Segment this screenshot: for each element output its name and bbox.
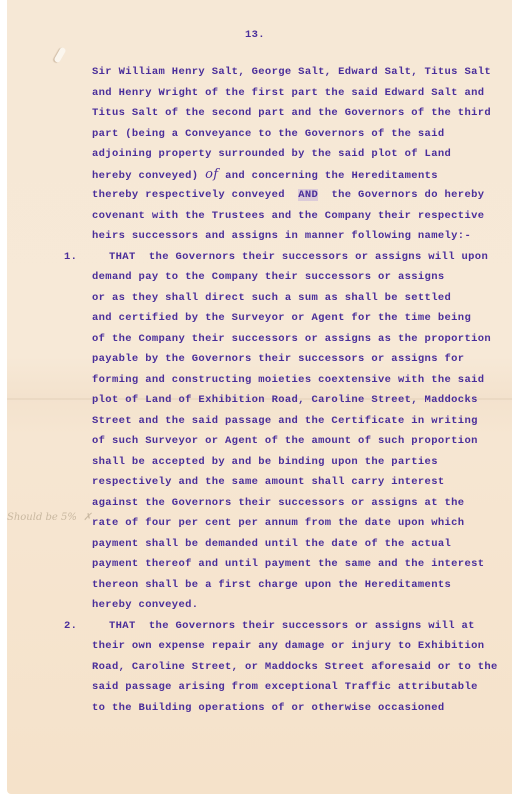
- text-line: Road, Caroline Street, or Maddocks Stree…: [92, 661, 498, 673]
- text-line: payment shall be demanded until the date…: [92, 538, 451, 550]
- clause-first-line: THAT the Governors their successors or a…: [109, 251, 488, 263]
- text-line: payable by the Governors their successor…: [92, 353, 464, 365]
- clause-number: 1.: [64, 251, 77, 263]
- text-line: respectively and the same amount shall c…: [92, 476, 445, 488]
- text-line: thereon shall be a first charge upon the…: [92, 579, 451, 591]
- text-line: shall be accepted by and be binding upon…: [92, 456, 438, 468]
- text-line: forming and constructing moieties coexte…: [92, 374, 484, 386]
- text-line: said passage arising from exceptional Tr…: [92, 681, 478, 693]
- text-segment: the Governors do hereby: [318, 189, 484, 201]
- pencil-margin-annotation: Should be 5% ✗: [7, 512, 92, 523]
- document-page: 13. Sir William Henry Salt, George Salt,…: [7, 0, 512, 794]
- text-line: and Henry Wright of the first part the s…: [92, 87, 484, 99]
- clause-first-line: THAT the Governors their successors or a…: [109, 620, 475, 632]
- handwritten-insertion: of: [205, 167, 218, 182]
- text-line: covenant with the Trustees and the Compa…: [92, 210, 484, 222]
- text-line: payment thereof and until payment the sa…: [92, 558, 484, 570]
- clause-number: 2.: [64, 620, 77, 632]
- punch-hole: [53, 47, 66, 64]
- text-line: Street and the said passage and the Cert…: [92, 415, 478, 427]
- page-number: 13.: [245, 29, 265, 41]
- text-segment: hereby conveyed): [92, 170, 205, 182]
- text-line: to the Building operations of or otherwi…: [92, 702, 445, 714]
- text-line: and certified by the Surveyor or Agent f…: [92, 312, 471, 324]
- text-line: or as they shall direct such a sum as sh…: [92, 292, 451, 304]
- text-segment: and concerning the Hereditaments: [218, 170, 437, 182]
- text-line: Sir William Henry Salt, George Salt, Edw…: [92, 66, 491, 78]
- text-line: hereby conveyed.: [92, 599, 198, 611]
- text-line: adjoining property surrounded by the sai…: [92, 148, 451, 160]
- text-line: thereby respectively conveyed AND the Go…: [92, 189, 484, 201]
- text-line: rate of four per cent per annum from the…: [92, 517, 464, 529]
- text-line: Titus Salt of the second part and the Go…: [92, 107, 491, 119]
- text-line: hereby conveyed) of and concerning the H…: [92, 169, 438, 182]
- text-line: of the Company their successors or assig…: [92, 333, 491, 345]
- text-line: heirs successors and assigns in manner f…: [92, 230, 471, 242]
- text-segment: thereby respectively conveyed: [92, 189, 298, 201]
- text-line: plot of Land of Exhibition Road, Carolin…: [92, 394, 478, 406]
- text-line: their own expense repair any damage or i…: [92, 640, 484, 652]
- text-line: demand pay to the Company their successo…: [92, 271, 445, 283]
- text-line: part (being a Conveyance to the Governor…: [92, 128, 445, 140]
- text-line: of such Surveyor or Agent of the amount …: [92, 435, 478, 447]
- and-keyword: AND: [298, 189, 318, 201]
- text-line: against the Governors their successors o…: [92, 497, 464, 509]
